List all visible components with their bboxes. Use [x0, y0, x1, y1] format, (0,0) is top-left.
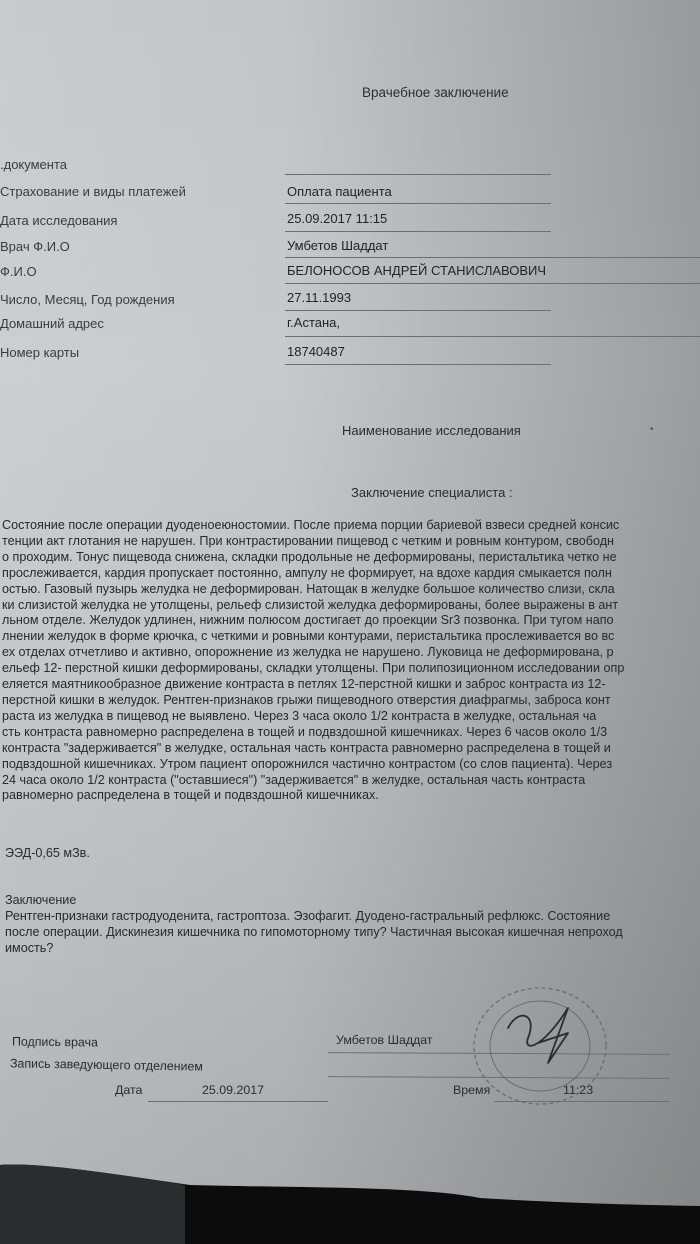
study-name-heading: Наименование исследования	[342, 423, 521, 438]
findings-line: лнении желудок в форме крючка, с четкими…	[2, 629, 700, 645]
field-label-patient-name: Ф.И.О	[0, 264, 37, 279]
field-underline	[285, 257, 700, 258]
document-title: Врачебное заключение	[362, 85, 509, 100]
conclusion-line: имость?	[5, 941, 700, 957]
findings-line: ельеф 12- перстной кишки деформированы, …	[2, 661, 700, 677]
field-underline	[285, 174, 551, 175]
findings-line: льном отделе. Желудок удлинен, нижним по…	[2, 613, 700, 629]
findings-line: тенции акт глотания не нарушен. При конт…	[2, 534, 700, 550]
findings-line: сть контраста равномерно распределена в …	[2, 725, 700, 741]
findings-line: прослеживается, кардия пропускает постоя…	[2, 566, 700, 582]
findings-line: о проходим. Тонус пищевода снижена, скла…	[2, 550, 700, 566]
date-underline	[148, 1101, 328, 1102]
field-label-study-date: Дата исследования	[0, 213, 117, 228]
conclusion-line: после операции. Дискинезия кишечника по …	[5, 925, 700, 941]
field-underline	[285, 231, 551, 232]
findings-line: раста из желудка в пищевод не выявлено. …	[2, 709, 700, 725]
findings-line: остью. Газовый пузырь желудка не деформи…	[2, 582, 700, 598]
field-underline	[285, 310, 551, 311]
findings-line: ки слизистой желудка не утолщены, рельеф…	[2, 598, 700, 614]
conclusion-line: Рентген-признаки гастродуоденита, гастро…	[5, 909, 700, 925]
field-value-address: г.Астана,	[287, 315, 340, 330]
field-value-doctor: Умбетов Шаддат	[287, 238, 388, 253]
findings-line: равномерно распределена в тощей и подвзд…	[2, 788, 700, 804]
field-underline	[285, 336, 700, 337]
findings-line: ех отделах отчетливо и активно, опорожне…	[2, 645, 700, 661]
date-label: Дата	[115, 1083, 142, 1097]
findings-line: Состояние после операции дуоденоеюностом…	[2, 518, 700, 534]
field-label-card-number: Номер карты	[0, 345, 79, 360]
field-value-patient-name: БЕЛОНОСОВ АНДРЕЙ СТАНИСЛАВОВИЧ	[287, 263, 546, 278]
findings-line: перстной кишки в желудок. Рентген-призна…	[2, 693, 700, 709]
date-value: 25.09.2017	[202, 1083, 264, 1097]
field-label-address: Домашний адрес	[0, 316, 104, 331]
effective-dose: ЭЭД-0,65 мЗв.	[5, 846, 90, 860]
doctor-signature-label: Подпись врача	[12, 1035, 98, 1050]
conclusion-heading: Заключение	[5, 893, 76, 907]
official-stamp-icon	[468, 978, 618, 1108]
field-label-doctor: Врач Ф.И.О	[0, 239, 70, 254]
conclusion-text: Рентген-признаки гастродуоденита, гастро…	[5, 909, 700, 956]
speck-mark: •	[650, 424, 654, 435]
findings-line: подвздошной кишечниках. Утром пациент оп…	[2, 757, 700, 773]
findings-paragraph: Состояние после операции дуоденоеюностом…	[2, 518, 700, 804]
field-label-insurance: Страхование и виды платежей	[0, 184, 186, 199]
handwritten-signature	[508, 1008, 568, 1063]
field-underline	[285, 203, 551, 204]
findings-line: контраста "задерживается" в желудке, ост…	[2, 741, 700, 757]
field-value-study-date: 25.09.2017 11:15	[287, 211, 387, 226]
field-value-birth-date: 27.11.1993	[287, 290, 351, 305]
doctor-signature-name: Умбетов Шаддат	[336, 1033, 433, 1047]
field-label-document: .документа	[0, 157, 67, 172]
findings-line: 24 часа около 1/2 контраста ("оставшиеся…	[2, 773, 700, 789]
field-underline	[285, 283, 700, 284]
specialist-conclusion-heading: Заключение специалиста :	[351, 485, 513, 500]
findings-line: еляется маятникообразное движение контра…	[2, 677, 700, 693]
field-value-insurance: Оплата пациента	[287, 184, 392, 199]
field-value-card-number: 18740487	[287, 344, 345, 359]
field-label-birth-date: Число, Месяц, Год рождения	[0, 292, 175, 307]
field-underline	[285, 364, 551, 365]
